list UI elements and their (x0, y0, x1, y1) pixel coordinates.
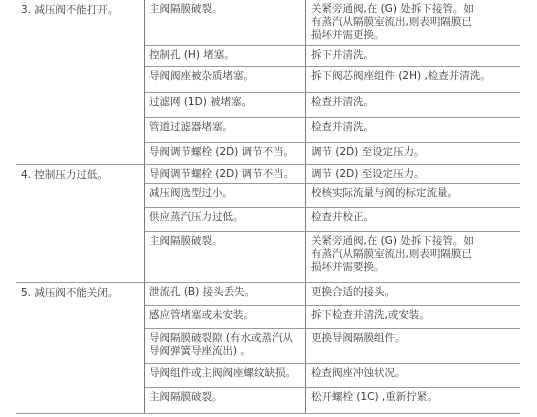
cause-cell: 导阀阀座被杂质堵塞。 (145, 67, 306, 92)
remedy-cell: 检查并校正。 (306, 208, 520, 231)
table-row: 导阀调节螺栓 (2D) 调节不当。调节 (2D) 至设定压力。 (145, 143, 520, 164)
table-row: 管道过滤器堵塞。检查并清洗。 (145, 118, 520, 143)
cause-cell: 主阀隔膜破裂。 (145, 232, 306, 282)
cause-remedy-rows: 主阀隔膜破裂。关紧旁通阀,在 (G) 处拆下接管。如 有蒸汽从隔膜室流出,则表明… (144, 0, 520, 164)
table-row: 导阀隔膜破裂隙 (有水或蒸汽从导阀弹簧导座流出) 。更换导阀隔膜组件。 (145, 329, 520, 364)
remedy-cell: 关紧旁通阀,在 (G) 处拆下接管。如 有蒸汽从隔膜室流出,则表明隔膜已 损坏并… (306, 232, 520, 282)
remedy-cell: 松开螺栓 (1C) ,重新拧紧。 (306, 388, 520, 413)
remedy-cell: 调节 (2D) 至设定压力。 (306, 165, 520, 183)
cause-remedy-rows: 导阀调节螺栓 (2D) 调节不当。调节 (2D) 至设定压力。减压阀选型过小。校… (144, 165, 520, 282)
cause-cell: 感应管堵塞或未安装。 (145, 306, 306, 328)
remedy-cell: 更换导阀隔膜组件。 (306, 329, 520, 363)
table-row: 主阀隔膜破裂。松开螺栓 (1C) ,重新拧紧。 (145, 388, 520, 413)
cause-cell: 导阀组件或主阀阀座螺纹缺损。 (145, 364, 306, 387)
cause-remedy-rows: 泄流孔 (B) 接头丢失。更换合适的接头。感应管堵塞或未安装。拆下检查并清洗,或… (144, 283, 520, 413)
cause-cell: 控制孔 (H) 堵塞。 (145, 46, 306, 66)
fault-label: 3. 减压阀不能打开。 (16, 0, 144, 164)
table-row: 感应管堵塞或未安装。拆下检查并清洗,或安装。 (145, 306, 520, 329)
remedy-cell: 拆下检查并清洗,或安装。 (306, 306, 520, 328)
fault-label: 5. 减压阀不能关闭。 (16, 283, 144, 413)
remedy-cell: 检查阀座冲蚀状况。 (306, 364, 520, 387)
table-row: 导阀阀座被杂质堵塞。拆下阀芯阀座组件 (2H) ,检查并清洗。 (145, 67, 520, 93)
table-row: 泄流孔 (B) 接头丢失。更换合适的接头。 (145, 283, 520, 306)
remedy-cell: 校核实际流量与阀的标定流量。 (306, 184, 520, 207)
fault-label: 4. 控制压力过低。 (16, 165, 144, 282)
cause-cell: 主阀隔膜破裂。 (145, 388, 306, 413)
table-row: 减压阀选型过小。校核实际流量与阀的标定流量。 (145, 184, 520, 208)
cause-cell: 过滤网 (1D) 被堵塞。 (145, 93, 306, 117)
remedy-cell: 检查并清洗。 (306, 118, 520, 142)
fault-section: 5. 减压阀不能关闭。泄流孔 (B) 接头丢失。更换合适的接头。感应管堵塞或未安… (16, 283, 520, 414)
remedy-cell: 拆下并清洗。 (306, 46, 520, 66)
table-row: 导阀组件或主阀阀座螺纹缺损。检查阀座冲蚀状况。 (145, 364, 520, 388)
remedy-cell: 拆下阀芯阀座组件 (2H) ,检查并清洗。 (306, 67, 520, 92)
troubleshooting-table: 3. 减压阀不能打开。主阀隔膜破裂。关紧旁通阀,在 (G) 处拆下接管。如 有蒸… (16, 0, 520, 414)
table-row: 供应蒸汽压力过低。检查并校正。 (145, 208, 520, 232)
table-row: 控制孔 (H) 堵塞。拆下并清洗。 (145, 46, 520, 67)
table-row: 过滤网 (1D) 被堵塞。检查并清洗。 (145, 93, 520, 118)
table-row: 主阀隔膜破裂。关紧旁通阀,在 (G) 处拆下接管。如 有蒸汽从隔膜室流出,则表明… (145, 0, 520, 46)
table-row: 导阀调节螺栓 (2D) 调节不当。调节 (2D) 至设定压力。 (145, 165, 520, 184)
fault-section: 4. 控制压力过低。导阀调节螺栓 (2D) 调节不当。调节 (2D) 至设定压力… (16, 165, 520, 283)
remedy-cell: 更换合适的接头。 (306, 283, 520, 305)
remedy-cell: 关紧旁通阀,在 (G) 处拆下接管。如 有蒸汽从隔膜室流出,则表明隔膜已 损坏并… (306, 0, 520, 45)
cause-cell: 导阀调节螺栓 (2D) 调节不当。 (145, 143, 306, 164)
table-row: 主阀隔膜破裂。关紧旁通阀,在 (G) 处拆下接管。如 有蒸汽从隔膜室流出,则表明… (145, 232, 520, 282)
cause-cell: 导阀调节螺栓 (2D) 调节不当。 (145, 165, 306, 183)
cause-cell: 减压阀选型过小。 (145, 184, 306, 207)
cause-cell: 主阀隔膜破裂。 (145, 0, 306, 45)
remedy-cell: 检查并清洗。 (306, 93, 520, 117)
remedy-cell: 调节 (2D) 至设定压力。 (306, 143, 520, 164)
fault-section: 3. 减压阀不能打开。主阀隔膜破裂。关紧旁通阀,在 (G) 处拆下接管。如 有蒸… (16, 0, 520, 165)
cause-cell: 泄流孔 (B) 接头丢失。 (145, 283, 306, 305)
cause-cell: 导阀隔膜破裂隙 (有水或蒸汽从导阀弹簧导座流出) 。 (145, 329, 306, 363)
cause-cell: 供应蒸汽压力过低。 (145, 208, 306, 231)
cause-cell: 管道过滤器堵塞。 (145, 118, 306, 142)
